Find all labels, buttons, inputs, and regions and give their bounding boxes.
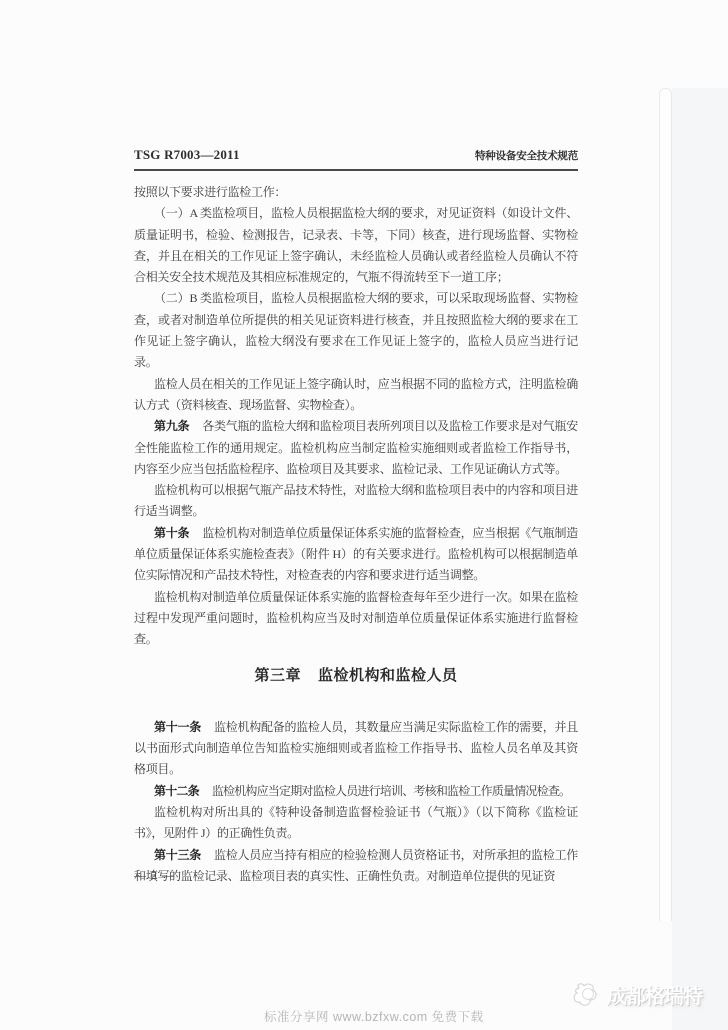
paragraph: 第十二条监检机构应当定期对监检人员进行培训、考核和监检工作质量情况检查。 (134, 781, 578, 802)
paragraph: 监检机构对所出具的《特种设备制造监督检验证书（气瓶）》（以下简称《监检证书》，见… (134, 802, 578, 845)
article-number: 第十三条 (154, 848, 201, 862)
page-edge-strip (659, 88, 672, 921)
paragraph: 第十三条监检人员应当持有相应的检验检测人员资格证书，对所承担的监检工作和填写的监… (134, 845, 578, 888)
footer-site-note: 标准分享网 www.bzfxw.com 免费下载 (264, 1007, 484, 1025)
section-before-chapter: 按照以下要求进行监检工作：（一）A 类监检项目，监检人员根据监检大纲的要求，对见… (134, 182, 578, 651)
watermark: 成都格瑞特 (571, 980, 702, 1009)
paragraph: （一）A 类监检项目，监检人员根据监检大纲的要求，对见证资料（如设计文件、质量证… (134, 203, 578, 288)
document-header: TSG R7003—2011 特种设备安全技术规范 (134, 147, 578, 171)
chapter-title: 监检机构和监检人员 (318, 668, 458, 684)
paragraph: 监检人员在相关的工作见证上签字确认时，应当根据不同的监检方式，注明监检确认方式（… (134, 374, 578, 417)
paragraph: 第九条各类气瓶的监检大纲和监检项目表所列项目以及监检工作要求是对气瓶安全性能监检… (134, 416, 578, 480)
watermark-text: 成都格瑞特 (607, 980, 702, 1009)
body-text: 按照以下要求进行监检工作：（一）A 类监检项目，监检人员根据监检大纲的要求，对见… (134, 182, 578, 887)
doc-code: TSG R7003—2011 (134, 147, 240, 163)
doc-type-label: 特种设备安全技术规范 (475, 148, 578, 163)
article-number: 第九条 (154, 419, 189, 433)
paragraph: 按照以下要求进行监检工作： (134, 182, 578, 203)
article-number: 第十条 (154, 526, 189, 540)
page-right-shadow (672, 88, 728, 1030)
paragraph: 第十条监检机构对制造单位质量保证体系实施的监督检查，应当根据《气瓶制造单位质量保… (134, 523, 578, 587)
paragraph: 监检机构可以根据气瓶产品技术特性，对监检大纲和监检项目表中的内容和项目进行适当调… (134, 480, 578, 523)
scanned-document-page: TSG R7003—2011 特种设备安全技术规范 按照以下要求进行监检工作：（… (0, 0, 728, 1030)
document-column: TSG R7003—2011 特种设备安全技术规范 按照以下要求进行监检工作：（… (134, 147, 578, 887)
chapter-heading: 第三章监检机构和监检人员 (134, 666, 578, 687)
article-number: 第十二条 (154, 784, 199, 798)
paragraph: （二）B 类监检项目，监检人员根据监检大纲的要求，可以采取现场监督、实物检查，或… (134, 288, 578, 373)
page-number: — 2 — (134, 868, 175, 883)
article-number: 第十一条 (154, 720, 201, 734)
section-after-chapter: 第十一条监检机构配备的监检人员，其数量应当满足实际监检工作的需要，并且以书面形式… (134, 717, 578, 887)
watermark-logo-icon (571, 981, 601, 1009)
paragraph: 第十一条监检机构配备的监检人员，其数量应当满足实际监检工作的需要，并且以书面形式… (134, 717, 578, 781)
chapter-number: 第三章 (254, 668, 301, 684)
paragraph: 监检机构对制造单位质量保证体系实施的监督检查每年至少进行一次。如果在监检过程中发… (134, 587, 578, 651)
